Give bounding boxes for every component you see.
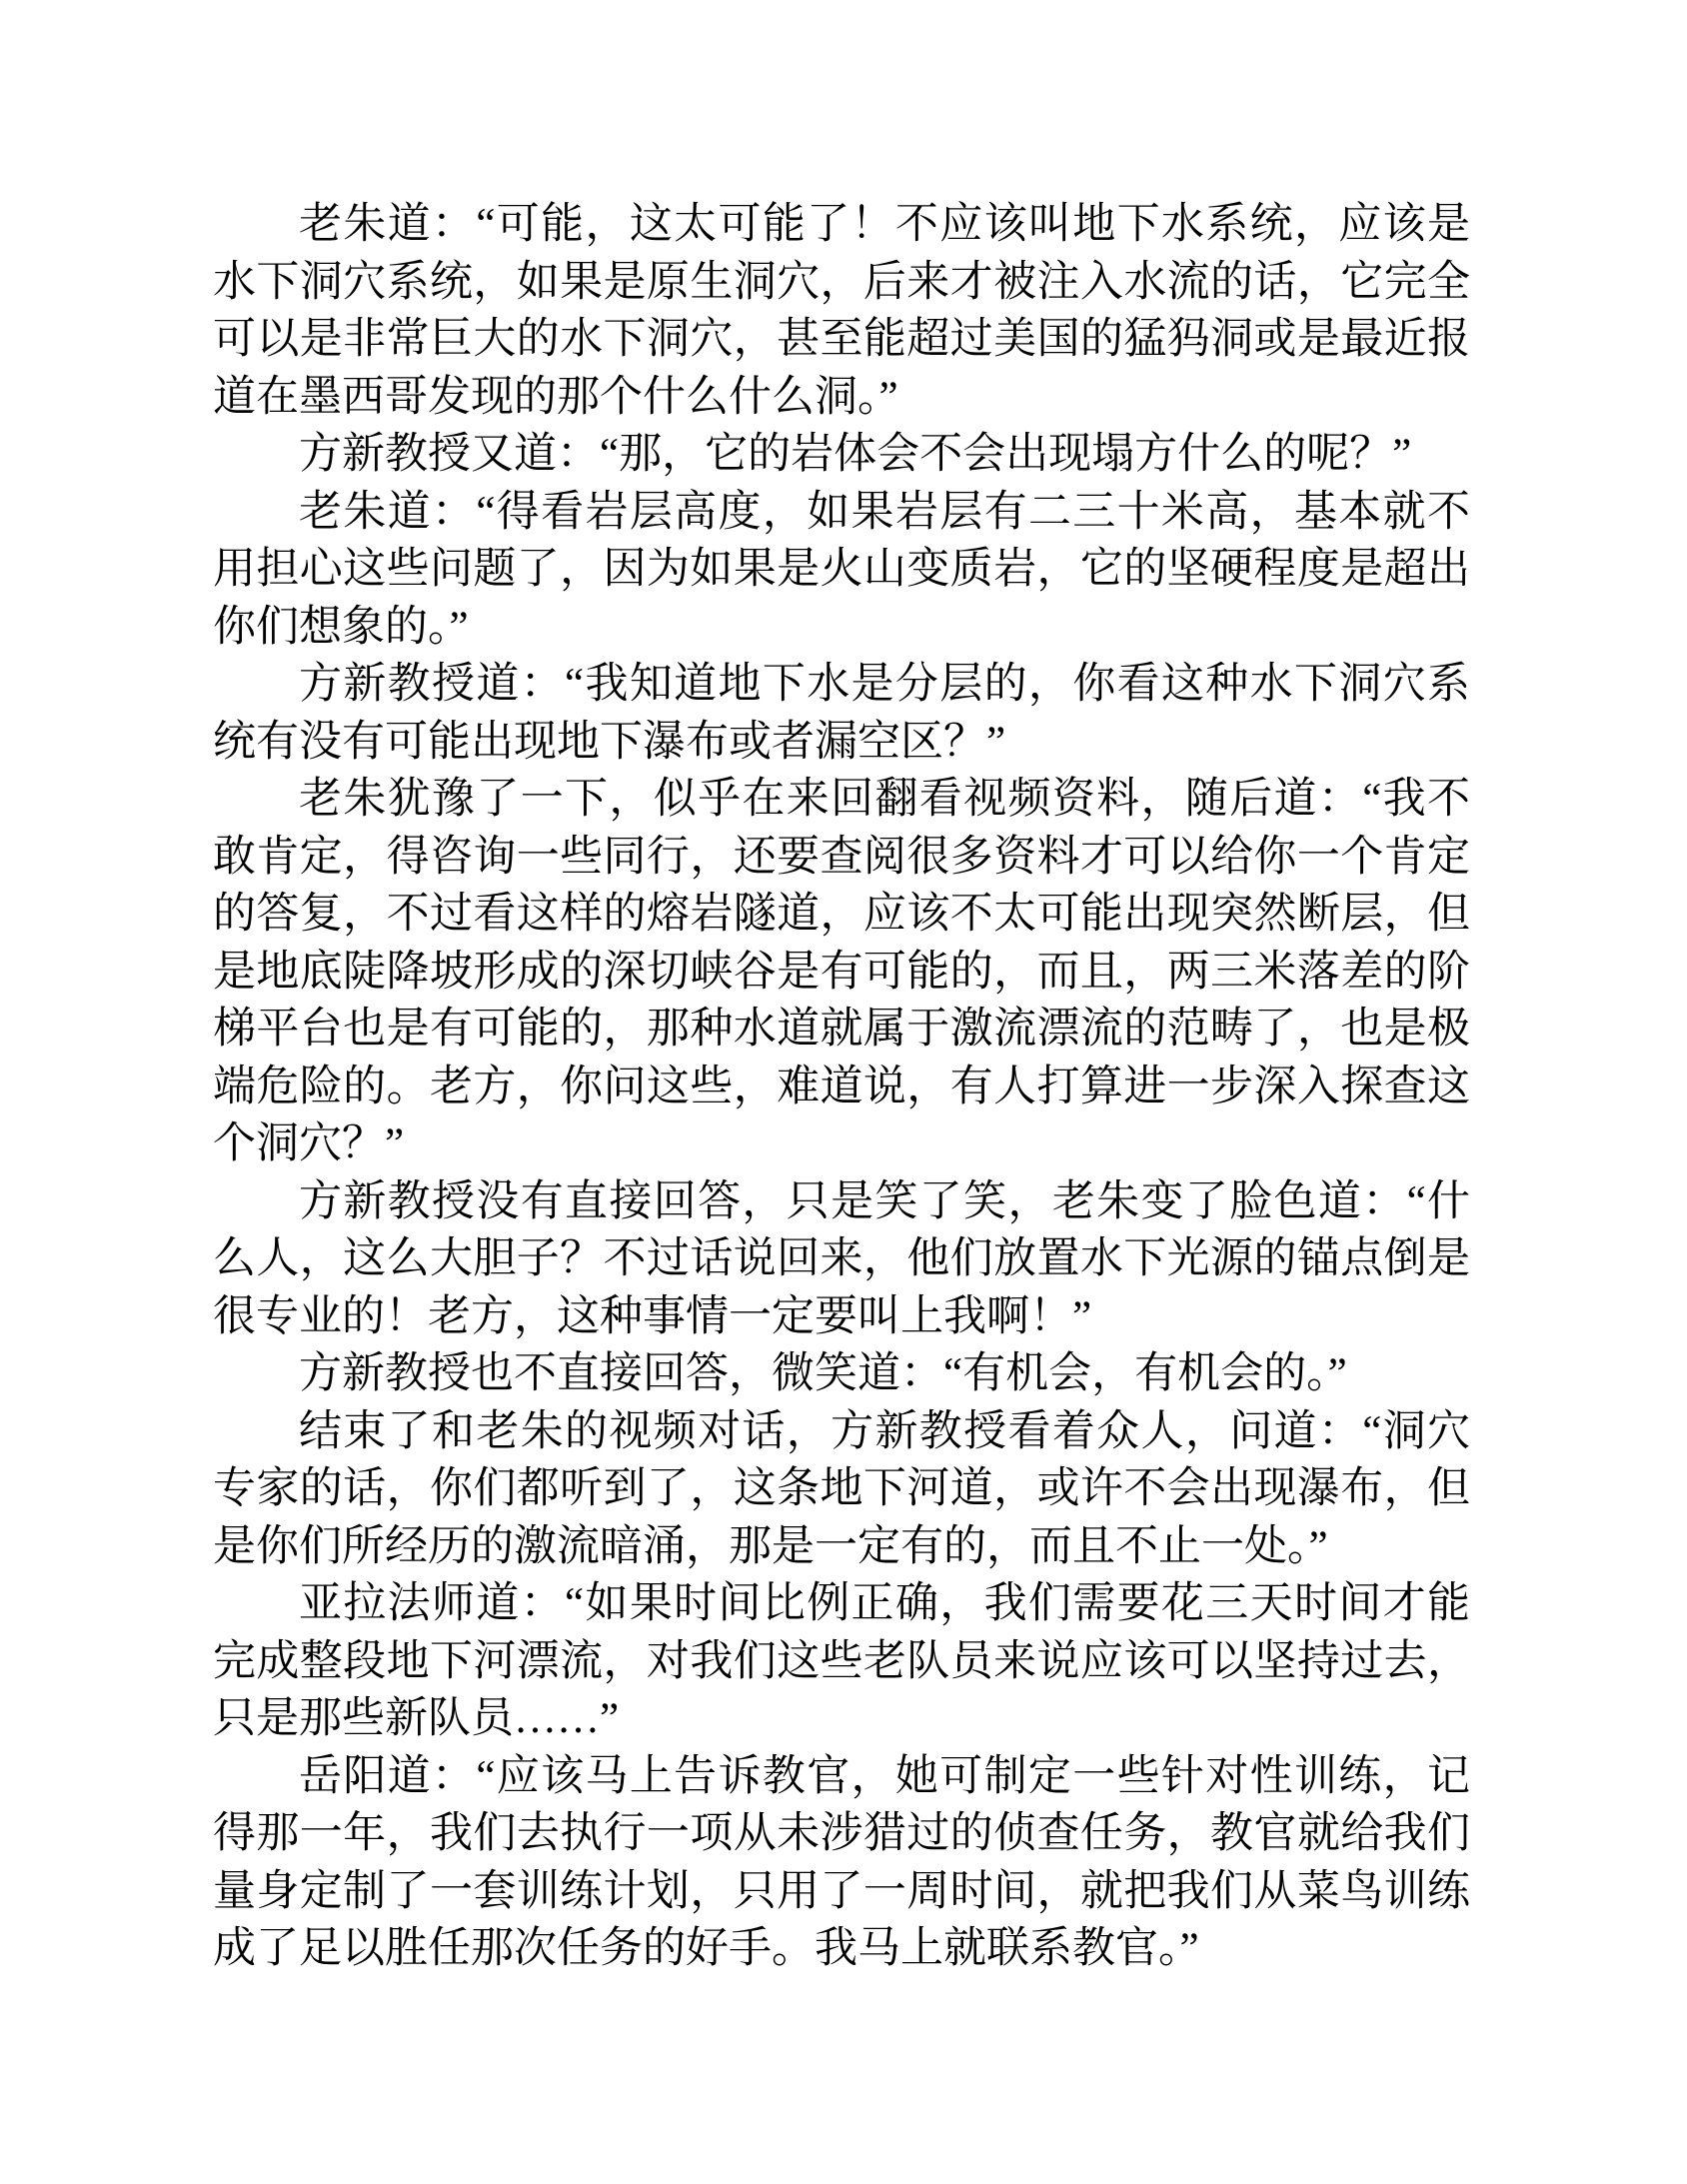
text-column: 老朱道：“可能，这太可能了！不应该叫地下水系统，应该是水下洞穴系统，如果是原生洞…	[213, 196, 1470, 1978]
paragraph-laozhu-reaction: 方新教授没有直接回答，只是笑了笑，老朱变了脸色道：“什么人，这么大胆子？不过话说…	[213, 1173, 1470, 1346]
paragraph-laozhu-rock-hardness: 老朱道：“得看岩层高度，如果岩层有二三十米高，基本就不用担心这些问题了，因为如果…	[213, 484, 1470, 657]
paragraph-yalafashi-drift-time: 亚拉法师道：“如果时间比例正确，我们需要花三天时间才能完成整段地下河漂流，对我们…	[213, 1575, 1470, 1748]
paragraph-fangxin-waterfall-question: 方新教授道：“我知道地下水是分层的，你看这种水下洞穴系统有没有可能出现地下瀑布或…	[213, 656, 1470, 771]
paragraph-yueyang-instructor: 岳阳道：“应该马上告诉教官，她可制定一些针对性训练，记得那一年，我们去执行一项从…	[213, 1748, 1470, 1978]
paragraph-fangxin-smile-reply: 方新教授也不直接回答，微笑道：“有机会，有机会的。”	[213, 1345, 1470, 1403]
paragraph-laozhu-hesitation-analysis: 老朱犹豫了一下，似乎在来回翻看视频资料，随后道：“我不敢肯定，得咨询一些同行，还…	[213, 771, 1470, 1173]
paragraph-fangxin-summary: 结束了和老朱的视频对话，方新教授看着众人，问道：“洞穴专家的话，你们都听到了，这…	[213, 1403, 1470, 1576]
paragraph-fangxin-rockfall-question: 方新教授又道：“那，它的岩体会不会出现塌方什么的呢？”	[213, 426, 1470, 484]
document-page: 老朱道：“可能，这太可能了！不应该叫地下水系统，应该是水下洞穴系统，如果是原生洞…	[0, 0, 1687, 2184]
paragraph-laozhu-possible: 老朱道：“可能，这太可能了！不应该叫地下水系统，应该是水下洞穴系统，如果是原生洞…	[213, 196, 1470, 426]
